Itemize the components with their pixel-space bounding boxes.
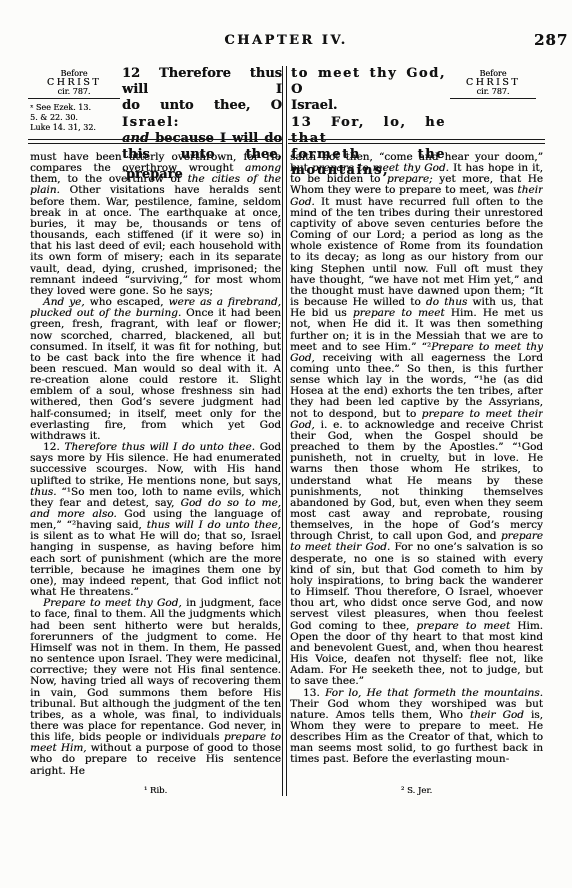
section-rule-right — [288, 139, 545, 144]
paragraph-text-run: in judgment, face to face, final to them… — [30, 597, 281, 743]
verse-line: to meet thy God, O — [291, 66, 446, 98]
paragraph-text-run: For no one’s salvation is so desperate, … — [290, 541, 543, 631]
verse-line: do unto thee, O Israel: — [122, 98, 282, 130]
right-margin-note: Before CHRIST cir. 787. — [450, 69, 536, 99]
verse-text-run: do unto thee, O — [122, 98, 282, 113]
cross-reference-line: Luke 14. 31, 32. — [30, 123, 120, 133]
verse-text-run: to meet thy God, O — [291, 66, 446, 97]
paragraph-text-run: i. e. to acknowledge and receive Christ … — [290, 419, 543, 543]
chapter-heading: CHAPTER IV. — [0, 33, 572, 48]
paragraph-text-run: Other visitations have heralds sent befo… — [30, 184, 281, 296]
commentary-paragraph: must have been utterly overthrown, for H… — [30, 152, 281, 297]
left-margin-note: Before CHRIST cir. 787. ˣ See Ezek. 13. … — [28, 69, 120, 133]
verse-line: 12 Therefore thus will I — [122, 66, 282, 98]
page-number: 287 — [534, 31, 568, 49]
book-page: CHAPTER IV. 287 Before CHRIST cir. 787. … — [0, 0, 572, 888]
paragraph-text-run: It must have recurred full often to the … — [290, 196, 543, 308]
margin-christ-label: CHRIST — [450, 78, 536, 87]
commentary-paragraph: 13. For lo, He that formeth the mountain… — [290, 688, 543, 766]
column-divider-rule — [282, 66, 287, 796]
verse-text-run: 12 Therefore thus will I — [122, 66, 282, 97]
footnote-right: ² S. Jer. — [290, 786, 543, 796]
section-rule-left — [28, 139, 282, 144]
commentary-paragraph: And ye, who escaped, were as a firebrand… — [30, 297, 281, 442]
verse-line: Israel. — [291, 98, 446, 114]
margin-cross-references: ˣ See Ezek. 13. 5. & 22. 30. Luke 14. 31… — [28, 103, 120, 133]
commentary-right-column: saith not then, “come and hear your doom… — [290, 152, 543, 784]
margin-date-label: cir. 787. — [450, 87, 536, 99]
margin-date-label: cir. 787. — [28, 87, 120, 99]
verse-text-run: Israel. — [291, 98, 337, 113]
commentary-paragraph: 12. Therefore thus will I do unto thee. … — [30, 442, 281, 598]
verse-text-run: Israel: — [122, 115, 180, 130]
commentary-paragraph: saith not then, “come and hear your doom… — [290, 152, 543, 688]
paragraph-text-run: is silent as to what He will do; that so… — [30, 530, 281, 598]
cross-reference-line: 5. & 22. 30. — [30, 113, 120, 123]
paragraph-text-run: must have been utterly overthrown, for H… — [30, 152, 281, 174]
commentary-left-column: must have been utterly overthrown, for H… — [30, 152, 281, 784]
footnote-left: ¹ Rib. — [30, 786, 281, 796]
paragraph-text-run: Once it had been green, fresh, fragrant,… — [30, 307, 281, 442]
margin-christ-label: CHRIST — [28, 78, 120, 87]
commentary-paragraph: Prepare to meet thy God, in judgment, fa… — [30, 598, 281, 777]
cross-reference-line: ˣ See Ezek. 13. — [30, 103, 120, 113]
